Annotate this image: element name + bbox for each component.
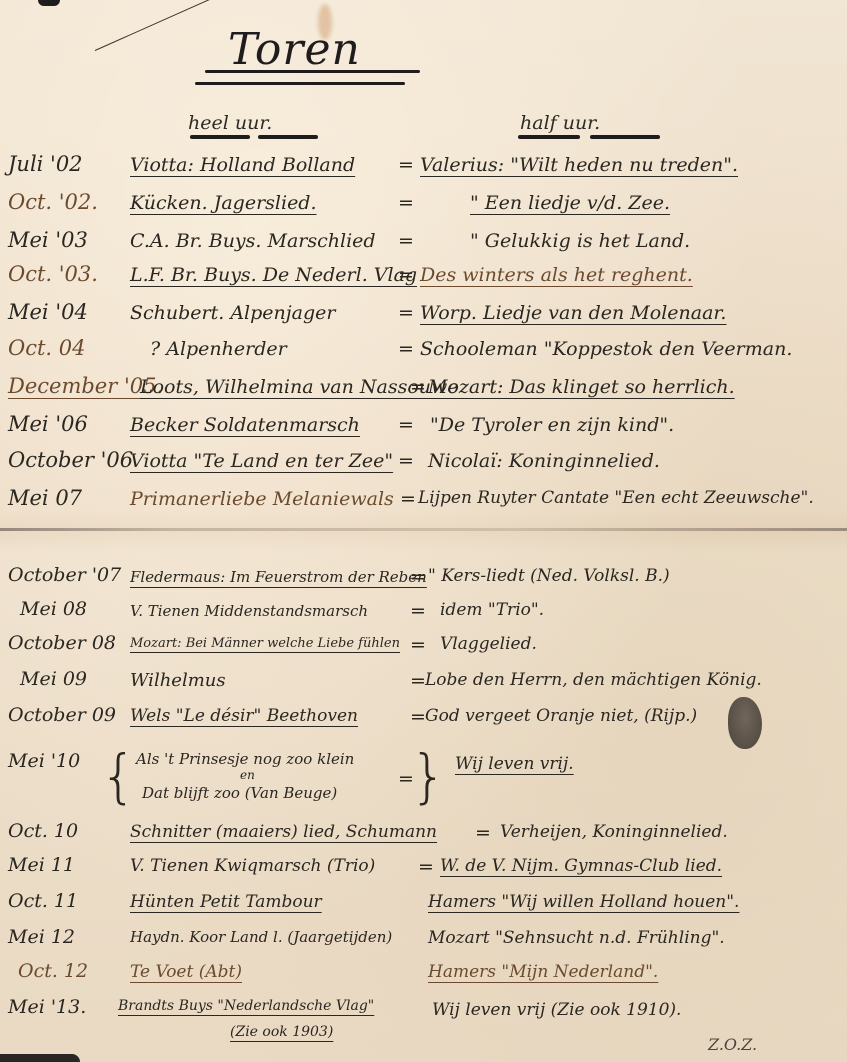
entry-date: Mei '06 — [8, 412, 88, 436]
heel-uur-piece: Te Voet (Abt) — [130, 962, 242, 982]
right-brace: } — [410, 742, 447, 810]
table-row: Oct. 11 Hünten Petit Tambour Hamers "Wij… — [0, 888, 847, 924]
separator: = — [398, 302, 414, 324]
separator: = — [410, 670, 426, 692]
entry-date: Oct. '03. — [8, 262, 98, 286]
column-header-half-uur: half uur. — [520, 112, 600, 134]
table-row: Mei '04 Schubert. Alpenjager = Worp. Lie… — [0, 296, 847, 332]
table-row: Mei 09 Wilhelmus = Lobe den Herrn, den m… — [0, 666, 847, 702]
table-row: Mei '03 C.A. Br. Buys. Marschlied = " Ge… — [0, 224, 847, 260]
separator: = — [398, 450, 414, 472]
separator: = — [400, 488, 416, 510]
entry-date: Mei 12 — [8, 926, 75, 948]
heel-uur-piece: Wilhelmus — [130, 670, 226, 691]
half-uur-piece: " Kers-liedt (Ned. Volksl. B.) — [428, 566, 670, 586]
half-uur-piece: Vlaggelied. — [440, 634, 537, 654]
entry-date: October '06 — [8, 448, 133, 472]
page-title: Toren — [228, 24, 361, 75]
half-uur-piece: Verheijen, Koninginnelied. — [500, 822, 728, 842]
half-uur-piece: Mozart: Das klinget so herrlich. — [428, 376, 735, 398]
heel-uur-piece-line2: Dat blijft zoo (Van Beuge) — [142, 784, 337, 802]
half-uur-piece: Lijpen Ruyter Cantate "Een echt Zeeuwsch… — [418, 488, 814, 508]
half-uur-piece: Wij leven vrij (Zie ook 1910). — [432, 1000, 681, 1020]
heel-uur-piece: Kücken. Jagerslied. — [130, 192, 317, 214]
table-row: Mei 11 V. Tienen Kwiqmarsch (Trio) = W. … — [0, 852, 847, 888]
half-uur-piece: Valerius: "Wilt heden nu treden". — [420, 154, 738, 176]
separator: = — [410, 566, 426, 588]
entry-date: Oct. 10 — [8, 820, 78, 842]
page-fold-crease — [0, 528, 847, 531]
heel-uur-piece: Fledermaus: Im Feuerstrom der Reben — [130, 568, 427, 586]
half-uur-piece: Hamers "Wij willen Holland houen". — [428, 892, 739, 912]
half-uur-piece: Schooleman "Koppestok den Veerman. — [420, 338, 792, 360]
entry-date: Oct. 12 — [18, 960, 88, 982]
separator: = — [475, 822, 491, 844]
entry-date: Mei 08 — [20, 598, 87, 620]
separator: = — [398, 154, 414, 176]
table-row: Oct. '03. L.F. Br. Buys. De Nederl. Vlag… — [0, 258, 847, 294]
entry-date: Mei 07 — [8, 486, 82, 510]
half-uur-piece: " Gelukkig is het Land. — [470, 230, 690, 252]
table-row: Oct. '02. Kücken. Jagerslied. = " Een li… — [0, 186, 847, 222]
entry-date: Juli '02 — [8, 152, 83, 176]
separator: = — [398, 192, 414, 214]
heel-uur-piece: C.A. Br. Buys. Marschlied — [130, 230, 376, 252]
heel-uur-join: en — [240, 768, 255, 782]
table-row: Juli '02 Viotta: Holland Bolland = Valer… — [0, 148, 847, 184]
column-header-heel-uur: heel uur. — [188, 112, 272, 134]
table-row: Oct. 10 Schnitter (maaiers) lied, Schuma… — [0, 818, 847, 854]
half-uur-piece: Des winters als het reghent. — [420, 264, 693, 286]
heel-uur-piece: L.F. Br. Buys. De Nederl. Vlag — [130, 264, 417, 286]
heel-uur-piece: Schubert. Alpenjager — [130, 302, 335, 324]
table-row: Mei 08 V. Tienen Middenstandsmarsch = id… — [0, 596, 847, 632]
table-row: October 09 Wels "Le désir" Beethoven = G… — [0, 702, 847, 738]
entry-date: Mei '03 — [8, 228, 88, 252]
table-row: Mei 07 Primanerliebe Melaniewals = Lijpe… — [0, 482, 847, 518]
ink-blot — [0, 1054, 80, 1062]
half-uur-piece: Worp. Liedje van den Molenaar. — [420, 302, 726, 324]
column-header-underline — [258, 135, 318, 139]
heel-uur-piece: Brandts Buys "Nederlandsche Vlag" — [118, 998, 374, 1014]
separator: = — [398, 264, 414, 286]
separator: = — [410, 706, 426, 728]
half-uur-piece: idem "Trio". — [440, 600, 544, 620]
table-row: October '07 Fledermaus: Im Feuerstrom de… — [0, 562, 847, 598]
separator: = — [410, 600, 426, 622]
heel-uur-piece: V. Tienen Middenstandsmarsch — [130, 602, 368, 620]
heel-uur-piece: Schnitter (maaiers) lied, Schumann — [130, 822, 437, 842]
heel-uur-piece-line1: Als 't Prinsesje nog zoo klein — [136, 750, 354, 768]
separator: = — [410, 376, 426, 398]
table-row: December '05. Loots, Wilhelmina van Nass… — [0, 370, 847, 406]
footer-zoz: Z.O.Z. — [708, 1035, 757, 1054]
entry-date: October 09 — [8, 704, 116, 726]
heel-uur-piece: V. Tienen Kwiqmarsch (Trio) — [130, 856, 375, 876]
half-uur-piece: " Een liedje v/d. Zee. — [470, 192, 670, 214]
table-row: Mei 12 Haydn. Koor Land l. (Jaargetijden… — [0, 924, 847, 960]
heel-uur-piece: Hünten Petit Tambour — [130, 892, 322, 912]
table-row: October 08 Mozart: Bei Männer welche Lie… — [0, 630, 847, 666]
entry-date: Oct. 11 — [8, 890, 78, 912]
table-row: Oct. 12 Te Voet (Abt) Hamers "Mijn Neder… — [0, 958, 847, 994]
table-row: Mei '10 { Als 't Prinsesje nog zoo klein… — [0, 746, 847, 812]
entry-date: Mei '10 — [8, 750, 80, 772]
entry-date: Mei '13. — [8, 996, 86, 1018]
separator: = — [398, 230, 414, 252]
left-brace: { — [100, 742, 137, 810]
half-uur-piece: Hamers "Mijn Nederland". — [428, 962, 658, 982]
table-row: Oct. 04 ? Alpenherder = Schooleman "Kopp… — [0, 332, 847, 368]
separator: = — [398, 414, 414, 436]
table-row: Mei '06 Becker Soldatenmarsch = "De Tyro… — [0, 408, 847, 444]
column-header-underline — [518, 135, 580, 139]
heel-uur-note: (Zie ook 1903) — [230, 1024, 333, 1040]
separator: = — [418, 856, 434, 878]
heel-uur-piece: Becker Soldatenmarsch — [130, 414, 360, 436]
heel-uur-piece: ? Alpenherder — [150, 338, 287, 360]
ink-blot — [38, 0, 60, 6]
title-underline — [205, 70, 420, 73]
separator: = — [398, 338, 414, 360]
title-underline — [195, 82, 405, 85]
entry-date: Mei 11 — [8, 854, 75, 876]
ink-blot — [728, 697, 762, 749]
entry-date: Mei 09 — [20, 668, 87, 690]
heel-uur-piece: Primanerliebe Melaniewals — [130, 488, 394, 510]
half-uur-piece: "De Tyroler en zijn kind". — [430, 414, 674, 436]
half-uur-piece: Lobe den Herrn, den mächtigen König. — [425, 670, 762, 690]
entry-date: October 08 — [8, 632, 116, 654]
table-row: October '06 Viotta "Te Land en ter Zee" … — [0, 444, 847, 480]
heel-uur-piece: Viotta: Holland Bolland — [130, 154, 355, 176]
half-uur-piece: Mozart "Sehnsucht n.d. Frühling". — [428, 928, 725, 948]
entry-date: Oct. 04 — [8, 336, 86, 360]
heel-uur-piece: Viotta "Te Land en ter Zee" — [130, 450, 393, 472]
half-uur-piece: W. de V. Nijm. Gymnas-Club lied. — [440, 856, 722, 876]
entry-date: Mei '04 — [8, 300, 88, 324]
half-uur-piece: God vergeet Oranje niet, (Rijp.) — [425, 706, 697, 726]
half-uur-piece: Nicolaï: Koninginnelied. — [428, 450, 660, 472]
column-header-underline — [590, 135, 660, 139]
heel-uur-piece: Wels "Le désir" Beethoven — [130, 706, 358, 726]
half-uur-piece: Wij leven vrij. — [455, 754, 574, 774]
entry-date: Oct. '02. — [8, 190, 98, 214]
heel-uur-piece: Haydn. Koor Land l. (Jaargetijden) — [130, 928, 392, 946]
entry-date: October '07 — [8, 564, 121, 586]
separator: = — [410, 634, 426, 656]
column-header-underline — [190, 135, 250, 139]
heel-uur-piece: Mozart: Bei Männer welche Liebe fühlen — [130, 636, 400, 651]
